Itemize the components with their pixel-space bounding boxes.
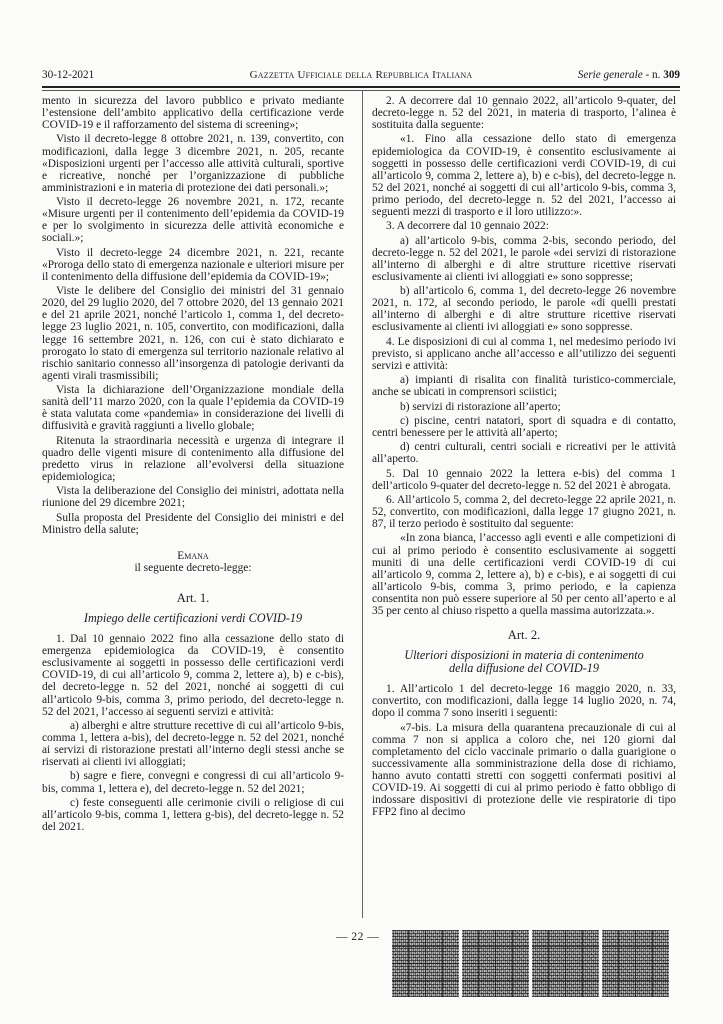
header-rule-thick (42, 86, 680, 88)
serie-label: Serie generale (578, 69, 643, 81)
list-item: a) alberghi e altre strutture recettive … (42, 720, 344, 768)
list-item: a) impianti di risalita con finalità tur… (372, 374, 676, 398)
comma-2: 2. A decorrere dal 10 gennaio 2022, all’… (372, 95, 676, 131)
datamatrix-codes (392, 930, 669, 997)
list-item: a) all’articolo 9-bis, comma 2-bis, seco… (372, 235, 676, 283)
paragraph: Viste le delibere del Consiglio dei mini… (42, 285, 344, 382)
page-header: 30-12-2021 Gazzetta Ufficiale della Repu… (42, 68, 680, 86)
article-1-title: Impiego delle certificazioni verdi COVID… (42, 612, 344, 625)
list-item: b) sagre e fiere, convegni e congressi d… (42, 770, 344, 794)
comma-2-quote: «1. Fino alla cessazione dello stato di … (372, 133, 676, 218)
comma-3: 3. A decorrere dal 10 gennaio 2022: (372, 220, 676, 232)
comma-5: 5. Dal 10 gennaio 2022 la lettera e-bis)… (372, 468, 676, 492)
datamatrix-code-icon (602, 930, 669, 997)
list-item: b) servizi di ristorazione all’aperto; (372, 401, 676, 413)
datamatrix-code-icon (462, 930, 529, 997)
paragraph: Visto il decreto-legge 24 dicembre 2021,… (42, 247, 344, 283)
article-1-number: Art. 1. (42, 592, 344, 604)
list-item: c) piscine, centri natatori, sport di sq… (372, 415, 676, 439)
paragraph: Sulla proposta del Presidente del Consig… (42, 512, 344, 536)
datamatrix-code-icon (532, 930, 599, 997)
article-2-title-line-2: della diffusione del COVID-19 (449, 661, 599, 675)
emana-subheading: il seguente decreto-legge: (42, 562, 344, 574)
paragraph: Visto il decreto-legge 26 novembre 2021,… (42, 196, 344, 244)
column-divider (362, 90, 363, 918)
article-2-number: Art. 2. (372, 629, 676, 641)
paragraph: mento in sicurezza del lavoro pubblico e… (42, 95, 344, 131)
page-number: — 22 — (336, 931, 379, 943)
emana-heading: Emana (42, 550, 344, 562)
list-item: c) feste conseguenti alle cerimonie civi… (42, 797, 344, 833)
article-2-title: Ulteriori disposizioni in materia di con… (372, 649, 676, 675)
header-serie: Serie generale - n. 309 (578, 68, 680, 82)
right-column: 2. A decorrere dal 10 gennaio 2022, all’… (372, 95, 676, 821)
article-2-comma-1-quote: «7-bis. La misura della quarantena preca… (372, 722, 676, 819)
article-2-comma-1: 1. All’articolo 1 del decreto-legge 16 m… (372, 683, 676, 719)
left-column: mento in sicurezza del lavoro pubblico e… (42, 95, 344, 835)
paragraph: Ritenuta la straordinaria necessità e ur… (42, 435, 344, 483)
comma-6: 6. All’articolo 5, comma 2, del decreto-… (372, 494, 676, 530)
issue-number: 309 (663, 69, 680, 81)
serie-separator: - n. (643, 69, 664, 81)
paragraph: Vista la deliberazione del Consiglio dei… (42, 485, 344, 509)
list-item: b) all’articolo 6, comma 1, del decreto-… (372, 285, 676, 333)
comma-4: 4. Le disposizioni di cui al comma 1, ne… (372, 336, 676, 372)
paragraph: Vista la dichiarazione dell’Organizzazio… (42, 384, 344, 432)
list-item: d) centri culturali, centri sociali e ri… (372, 441, 676, 465)
header-rule-thin (42, 90, 680, 91)
comma-6-quote: «In zona bianca, l’accesso agli eventi e… (372, 532, 676, 617)
datamatrix-code-icon (392, 930, 459, 997)
paragraph: Visto il decreto-legge 8 ottobre 2021, n… (42, 133, 344, 193)
article-1-comma-1: 1. Dal 10 gennaio 2022 fino alla cessazi… (42, 633, 344, 718)
article-2-title-line-1: Ulteriori disposizioni in materia di con… (404, 648, 643, 662)
